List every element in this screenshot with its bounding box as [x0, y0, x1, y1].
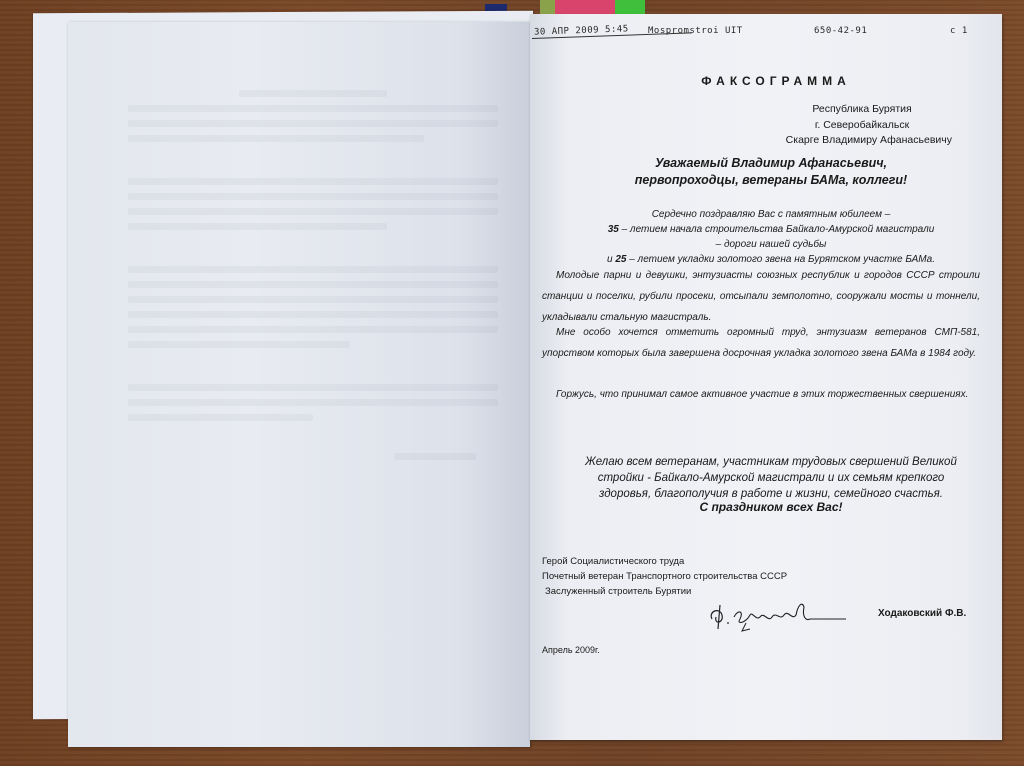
greeting: Уважаемый Владимир Афанасьевич, первопро…	[530, 155, 1002, 189]
document-title: ФАКСОГРАММА	[530, 74, 1002, 88]
bleed-through-text	[128, 82, 498, 468]
paragraph-text: Молодые парни и девушки, энтузиасты союз…	[542, 270, 980, 323]
anniversary-number: 25	[615, 254, 626, 265]
fax-phone: 650-42-91	[814, 26, 867, 36]
signer-name: Ходаковский Ф.В.	[878, 608, 966, 619]
paragraph-text: Горжусь, что принимал самое активное уча…	[556, 389, 968, 400]
congrats-line: – дороги нашей судьбы	[540, 237, 1002, 252]
addressee-region: Республика Бурятия	[712, 102, 952, 118]
fax-document-page: 30 АПР 2009 5:45 Mospromstroi UIT 650-42…	[530, 14, 1002, 740]
wishes-block: Желаю всем ветеранам, участникам трудовы…	[530, 454, 1002, 502]
addressee-block: Республика Бурятия г. Северобайкальск Ск…	[712, 102, 952, 149]
celebration-line: С праздником всех Вас!	[530, 500, 1002, 514]
anniversary-number: 35	[608, 224, 619, 235]
sender-title: Герой Социалистического труда	[542, 554, 787, 569]
sender-titles: Герой Социалистического труда Почетный в…	[542, 554, 787, 599]
congrats-line: Сердечно поздравляю Вас с памятным юбиле…	[540, 207, 1002, 222]
congrats-text: – летием укладки золотого звена на Бурят…	[626, 254, 935, 265]
fax-sender: Mospromstroi UIT	[648, 26, 743, 36]
document-date: Апрель 2009г.	[542, 645, 600, 655]
body-paragraph: Мне особо хочется отметить огромный труд…	[542, 322, 980, 364]
left-page-blank	[68, 22, 530, 747]
sender-title: Почетный ветеран Транспортного строитель…	[542, 569, 787, 584]
body-paragraph: Молодые парни и девушки, энтузиасты союз…	[542, 265, 980, 328]
greeting-line: Уважаемый Владимир Афанасьевич,	[540, 155, 1002, 172]
wish-line: стройки - Байкало-Амурской магистрали и …	[540, 470, 1002, 486]
fax-transmission-header: 30 АПР 2009 5:45 Mospromstroi UIT 650-42…	[530, 26, 1002, 40]
fax-page-number: с 1	[950, 26, 968, 36]
addressee-name: Скарге Владимиру Афанасьевичу	[712, 133, 952, 149]
paragraph-text: Мне особо хочется отметить огромный труд…	[542, 327, 980, 359]
addressee-city: г. Северобайкальск	[712, 118, 952, 134]
wish-line: Желаю всем ветеранам, участникам трудовы…	[540, 454, 1002, 470]
greeting-line: первопроходцы, ветераны БАМа, коллеги!	[540, 172, 1002, 189]
congrats-text: – летием начала строительства Байкало-Ам…	[619, 224, 934, 235]
congratulations-block: Сердечно поздравляю Вас с памятным юбиле…	[530, 207, 1002, 267]
body-paragraph: Горжусь, что принимал самое активное уча…	[542, 384, 980, 405]
congrats-line: 35 – летием начала строительства Байкало…	[540, 222, 1002, 237]
handwritten-signature-icon	[706, 597, 856, 633]
